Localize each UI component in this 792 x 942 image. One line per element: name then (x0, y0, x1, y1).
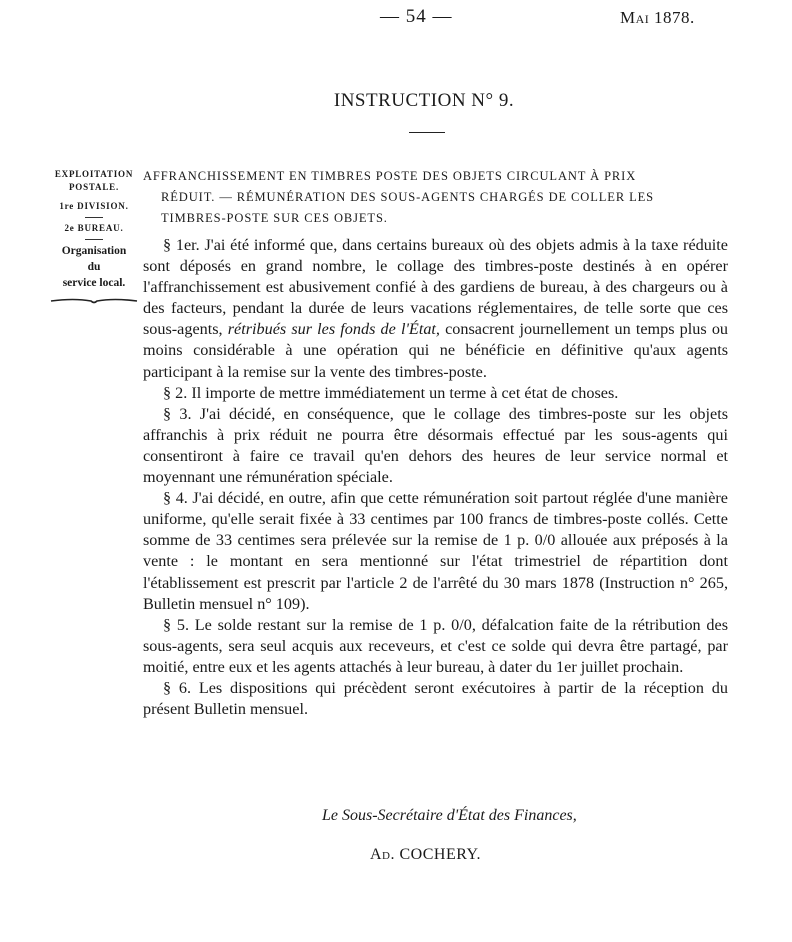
margin-subject-1: Organisation (38, 244, 150, 258)
paragraph-6: § 6. Les dispositions qui précèdent sero… (143, 678, 728, 720)
paragraph-2: § 2. Il importe de mettre immédiatement … (143, 383, 728, 404)
margin-department-2: POSTALE. (38, 181, 150, 194)
margin-note: EXPLOITATION POSTALE. 1re DIVISION. 2e B… (38, 168, 150, 306)
paragraph-5: § 5. Le solde restant sur la remise de 1… (143, 615, 728, 678)
margin-division: 1re DIVISION. (38, 200, 150, 213)
margin-subject-2: du (38, 260, 150, 274)
subject-heading: AFFRANCHISSEMENT EN TIMBRES POSTE DES OB… (143, 166, 723, 229)
margin-subject-3: service local. (38, 276, 150, 290)
signatory-name: Ad. COCHERY. (370, 846, 481, 864)
paragraph-3: § 3. J'ai décidé, en conséquence, que le… (143, 404, 728, 488)
paragraph-4: § 4. J'ai décidé, en outre, afin que cet… (143, 488, 728, 615)
signatory-initial: Ad. (370, 846, 395, 863)
instruction-title: INSTRUCTION N° 9. (0, 90, 792, 112)
signatory-title: Le Sous-Secrétaire d'État des Finances, (322, 807, 577, 825)
page-number: — 54 — (380, 6, 453, 28)
paragraph-1: § 1er. J'ai été informé que, dans certai… (143, 235, 728, 383)
subject-line-1: AFFRANCHISSEMENT EN TIMBRES POSTE DES OB… (143, 166, 723, 187)
instruction-body: § 1er. J'ai été informé que, dans certai… (143, 235, 728, 720)
margin-divider (85, 239, 103, 240)
margin-divider (85, 217, 103, 218)
title-divider (409, 132, 445, 133)
margin-department: EXPLOITATION (38, 168, 150, 181)
subject-line-2: RÉDUIT. — RÉMUNÉRATION DES SOUS-AGENTS C… (143, 187, 723, 208)
flourish-ornament-icon (49, 296, 139, 306)
subject-line-3: TIMBRES-POSTE SUR CES OBJETS. (143, 208, 723, 229)
margin-bureau: 2e BUREAU. (38, 222, 150, 235)
paragraph-1-italic: rétribués sur les fonds de l'État, (228, 320, 440, 338)
issue-date: Mai 1878. (620, 8, 695, 28)
signatory-surname: COCHERY. (400, 846, 482, 863)
